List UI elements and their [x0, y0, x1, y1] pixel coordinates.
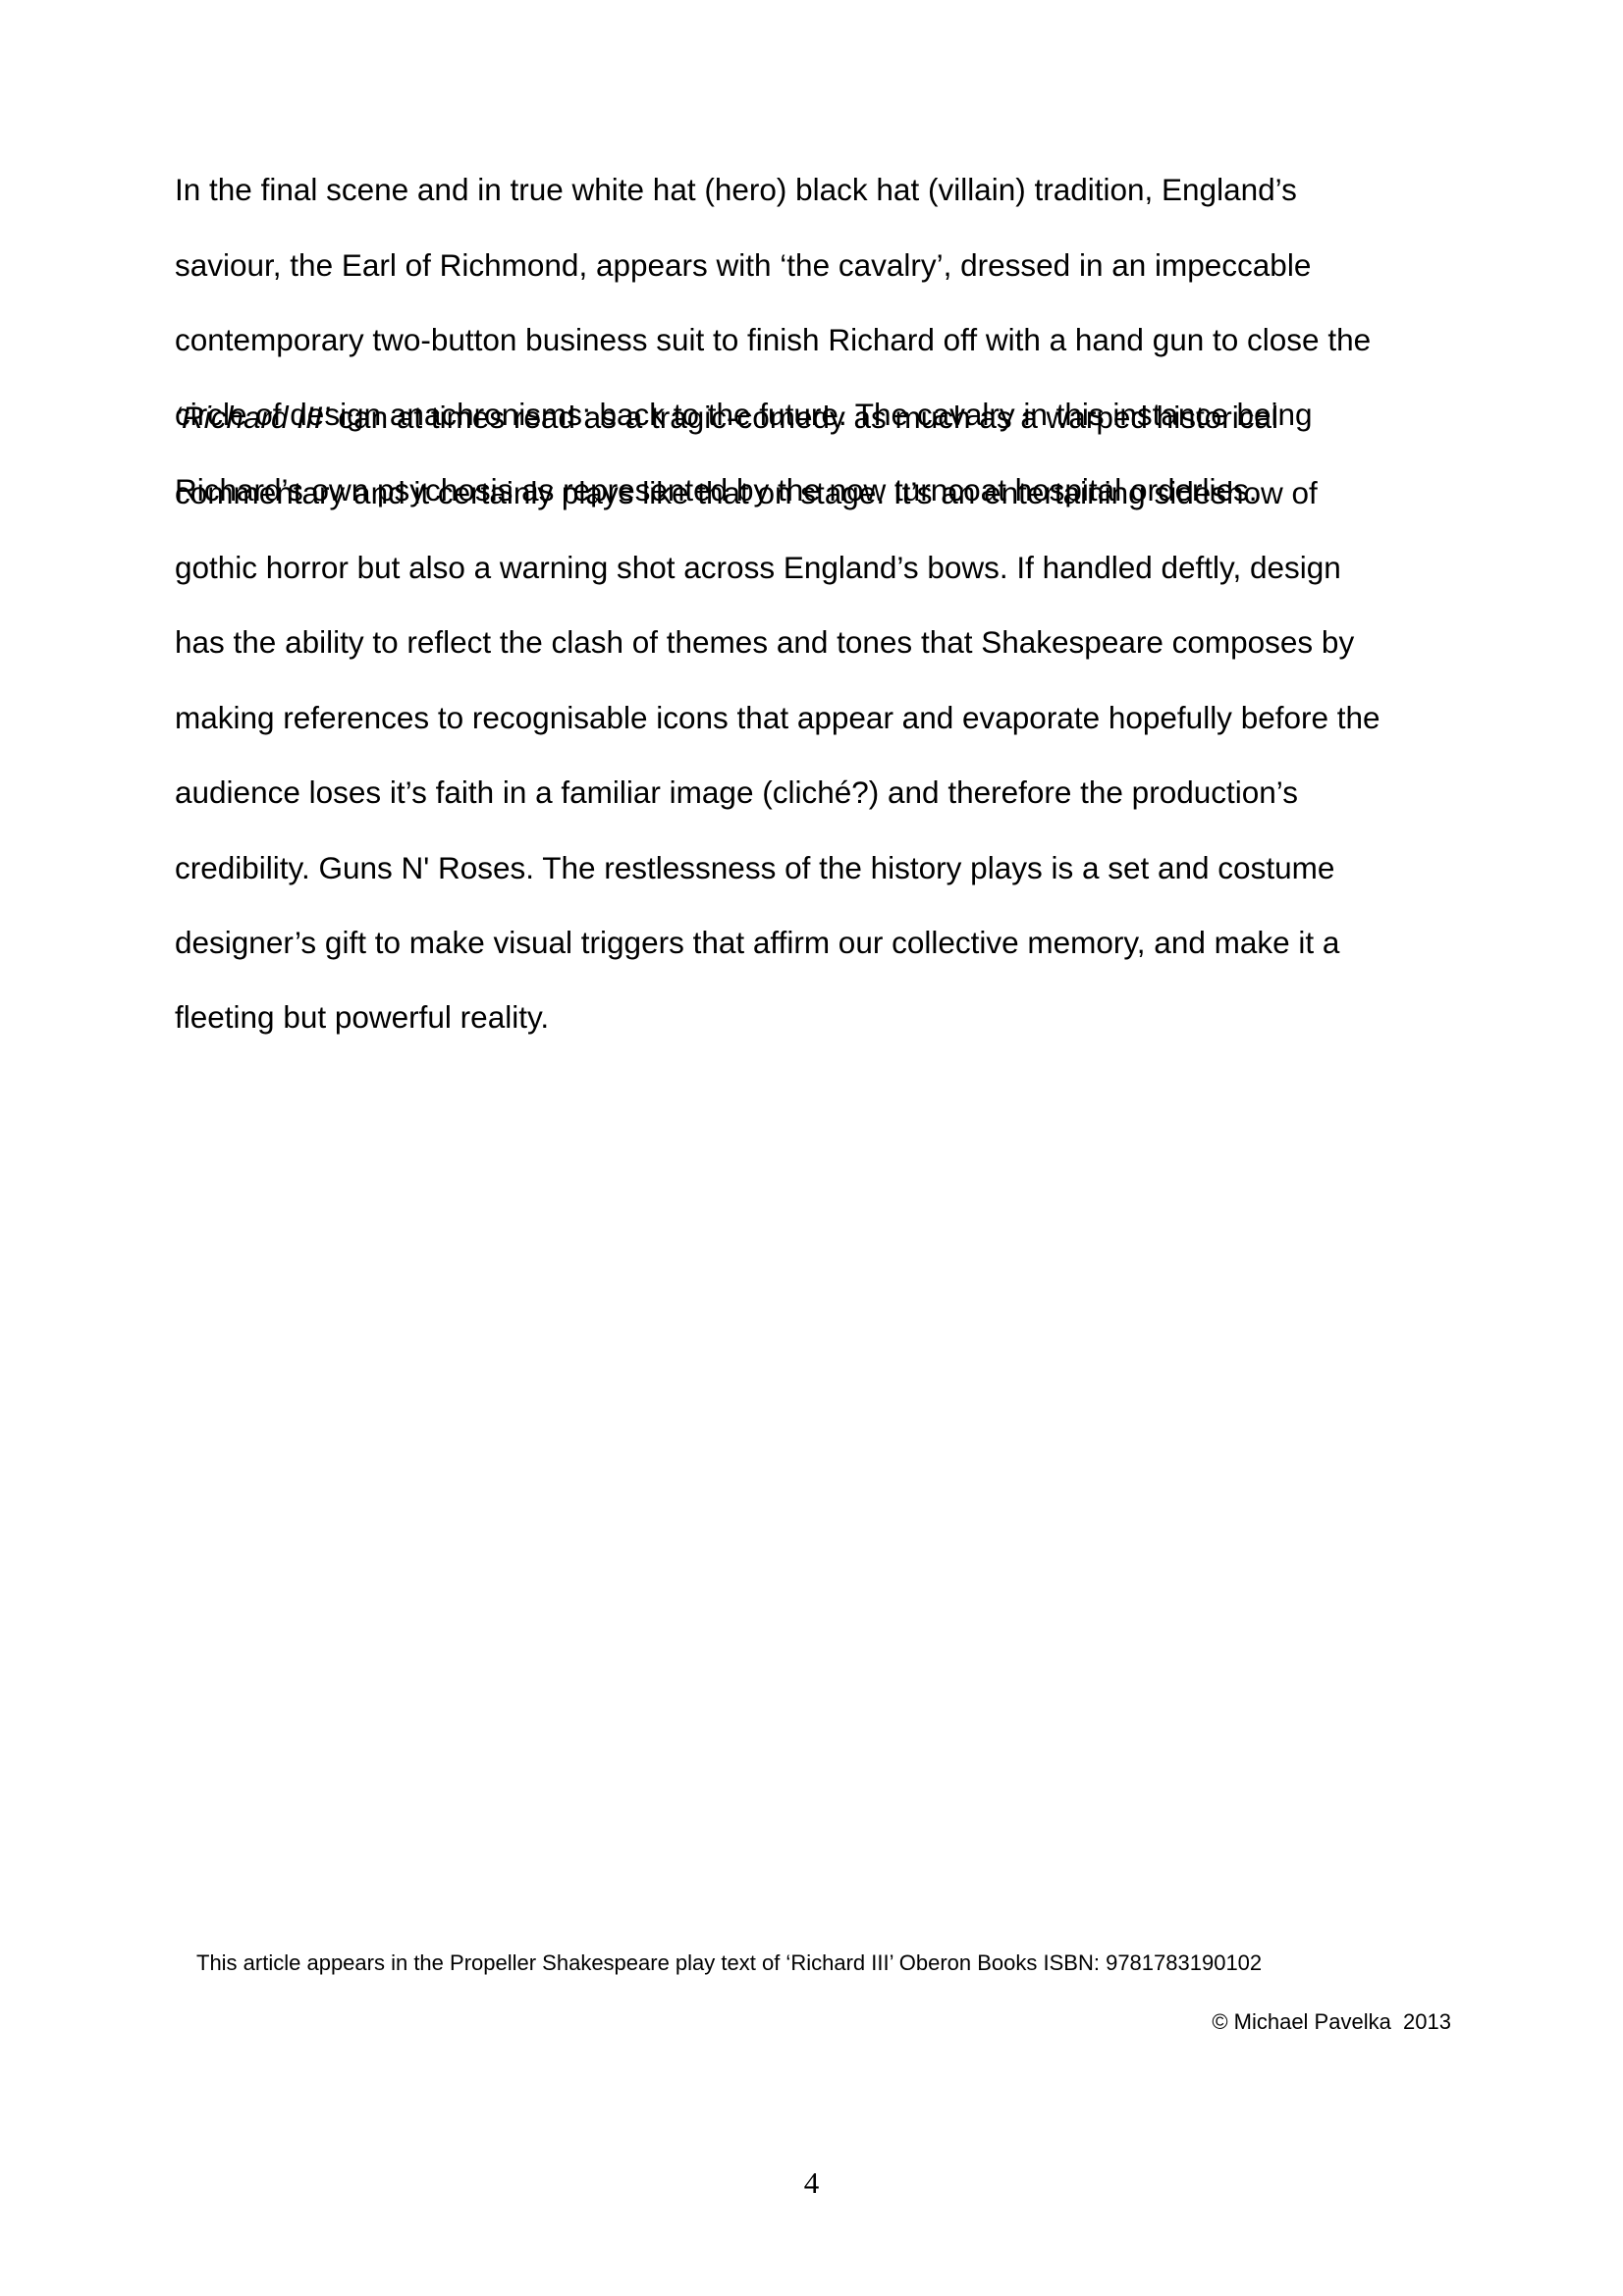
text-line: ‘Richard III’ can at times read as a tra…: [175, 399, 1471, 436]
play-title-italic: ‘Richard III’: [175, 400, 330, 435]
text-line: making references to recognisable icons …: [175, 699, 1471, 736]
page-number: 4: [0, 2165, 1623, 2201]
text-line: fleeting but powerful reality.: [175, 998, 1471, 1036]
copyright-notice: © Michael Pavelka 2013: [1212, 2009, 1451, 2035]
text-line: audience loses it’s faith in a familiar …: [175, 774, 1471, 811]
paragraph-richard-iii: ‘Richard III’ can at times read as a tra…: [175, 361, 1471, 1074]
text-line: commentary and it certainly plays like t…: [175, 474, 1471, 511]
text-fragment: can at times read as a tragic-comedy as …: [330, 400, 1278, 435]
text-line: saviour, the Earl of Richmond, appears w…: [175, 246, 1471, 284]
source-footnote: This article appears in the Propeller Sh…: [196, 1950, 1262, 1976]
text-line: has the ability to reflect the clash of …: [175, 623, 1471, 661]
document-page: In the final scene and in true white hat…: [0, 0, 1623, 2296]
text-line: In the final scene and in true white hat…: [175, 171, 1471, 208]
text-line: credibility. Guns N' Roses. The restless…: [175, 849, 1471, 886]
text-line: gothic horror but also a warning shot ac…: [175, 549, 1471, 586]
text-line: designer’s gift to make visual triggers …: [175, 924, 1471, 961]
text-line: contemporary two-button business suit to…: [175, 321, 1471, 358]
